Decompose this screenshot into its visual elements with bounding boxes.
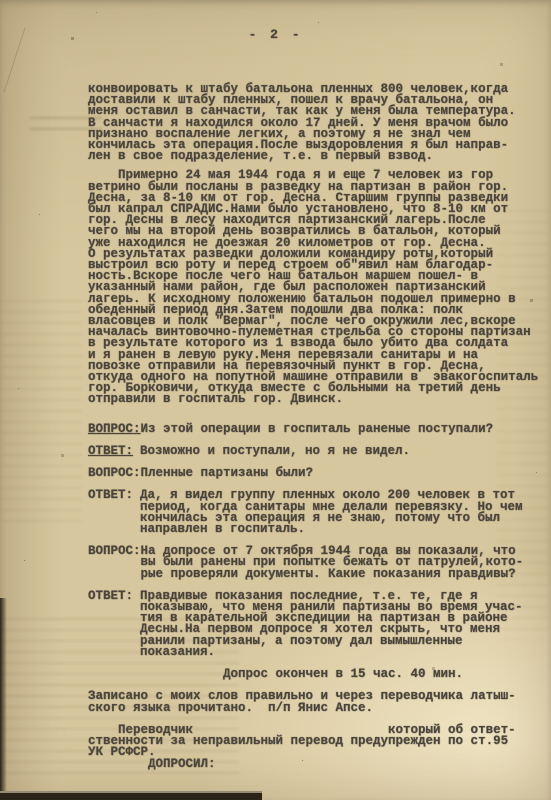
qa-item: ВОПРОС: На допросе от 7 октября 1944 год… [88,546,551,580]
paragraph: конвоировать к штабу батальона пленных 8… [88,84,551,162]
page-number: - 2 - [0,27,551,42]
scan-edge-bottom [0,791,262,800]
bleedthrough-smudge [4,618,239,783]
scan-edge-left [0,598,7,800]
qa-item: ОТВЕТ: Возможно и поступали, но я не вид… [88,446,551,457]
qa-label: ВОПРОС: [88,424,141,435]
qa-label: ВОПРОС: [88,468,141,479]
qa-label: ВОПРОС: [88,546,141,580]
bleedthrough-smudge [30,117,102,134]
bleedthrough-smudge [2,300,82,530]
qa-item: ОТВЕТ: Да, я видел группу пленных около … [88,490,551,535]
qa-label: ОТВЕТ: [88,446,140,457]
qa-text: Возможно и поступали, но я не видел. [140,446,551,457]
paper-specks [0,0,1,1]
qa-text: Из этой операции в госпиталь раненые пос… [141,424,551,435]
qa-text: Пленные партизаны были? [141,468,551,479]
qa-item: ВОПРОС: Из этой операции в госпиталь ран… [88,424,551,435]
qa-item: ВОПРОС: Пленные партизаны были? [88,468,551,479]
bleedthrough-smudge [497,210,549,640]
qa-text: Да, я видел группу пленных около 200 чел… [140,490,551,535]
document-page: - 2 - конвоировать к штабу батальона пле… [0,0,551,800]
qa-label: ОТВЕТ: [88,490,140,535]
qa-text: На допросе от 7 октября 1944 года вы пок… [141,546,551,580]
paragraph: Примерно 24 мая 1944 года я и еще 7 чело… [88,170,551,405]
